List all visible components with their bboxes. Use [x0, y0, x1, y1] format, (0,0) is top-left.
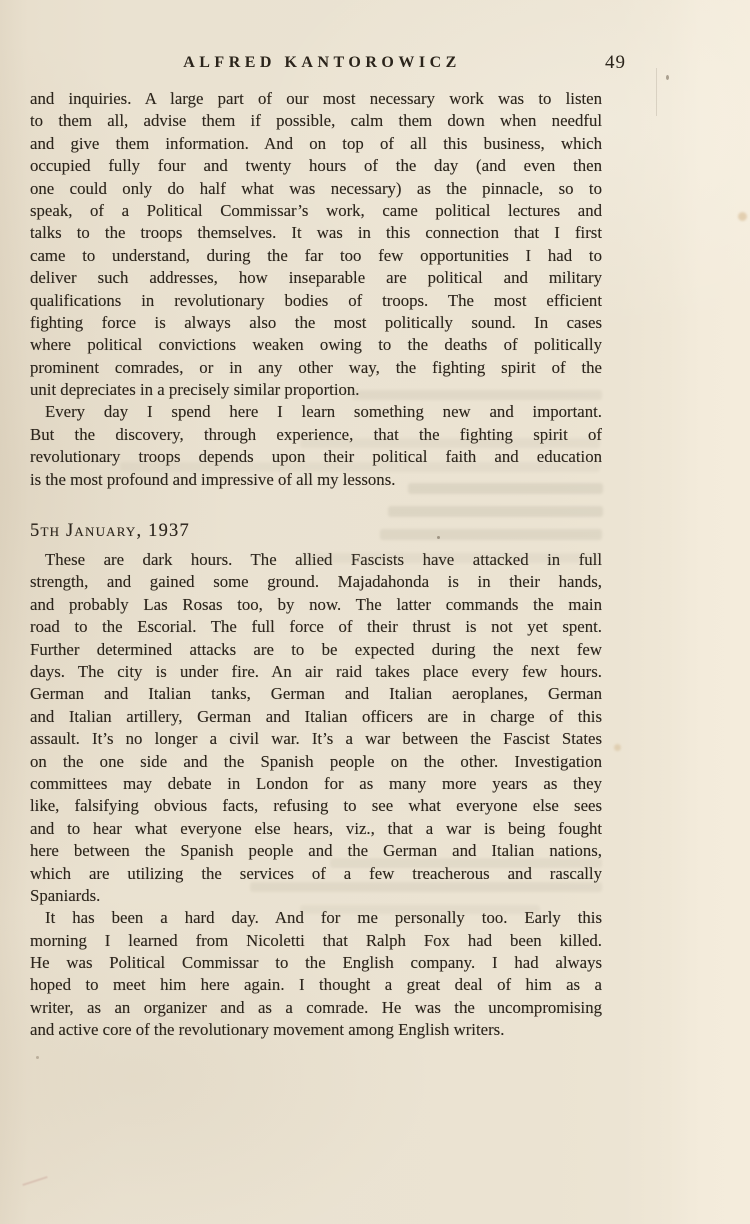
paragraph-line: revolutionary troops depends upon their … [30, 446, 602, 468]
paragraph-line: It has been a hard day. And for me perso… [30, 907, 602, 929]
paper-scratch [22, 1176, 47, 1186]
paragraph-line: assault. It’s no longer a civil war. It’… [30, 728, 602, 750]
paragraph-line: is the most profound and impressive of a… [30, 469, 602, 491]
paragraph-line: But the discovery, through experience, t… [30, 424, 602, 446]
paragraph-line: strength, and gained some ground. Majada… [30, 571, 602, 593]
paper-stain [614, 744, 621, 751]
paragraph-line: speak, of a Political Commissar’s work, … [30, 200, 602, 222]
author-name: ALFRED KANTOROWICZ [24, 54, 620, 72]
paragraph-line: prominent comrades, or in any other way,… [30, 357, 602, 379]
paragraph-line: here between the Spanish people and the … [30, 840, 602, 862]
paragraph-line: on the one side and the Spanish people o… [30, 751, 602, 773]
paragraph-line: one could only do half what was necessar… [30, 178, 602, 200]
section-heading: 5th January, 1937 [30, 519, 602, 543]
page-number: 49 [605, 52, 626, 74]
paragraph-line: Every day I spend here I learn something… [30, 401, 602, 423]
book-page-scan: ALFRED KANTOROWICZ 49 and inquiries. A l… [0, 0, 750, 1224]
paragraph-line: and inquiries. A large part of our most … [30, 88, 602, 110]
paragraph: These are dark hours. The allied Fascist… [30, 549, 602, 907]
paragraph-line: unit depreciates in a precisely similar … [30, 379, 602, 401]
paragraph-line: deliver such addresses, how inseparable … [30, 267, 602, 289]
paragraph: It has been a hard day. And for me perso… [30, 907, 602, 1041]
paragraph-line: days. The city is under fire. An air rai… [30, 661, 602, 683]
paragraph-line: These are dark hours. The allied Fascist… [30, 549, 602, 571]
paragraph-line: and active core of the revolutionary mov… [30, 1019, 602, 1041]
paragraph-line: and to hear what everyone else hears, vi… [30, 818, 602, 840]
paragraph-line: hoped to meet him here again. I thought … [30, 974, 602, 996]
paragraph-line: He was Political Commissar to the Englis… [30, 952, 602, 974]
paper-speck [666, 75, 669, 80]
paragraph-line: morning I learned from Nicoletti that Ra… [30, 930, 602, 952]
paragraph-line: German and Italian tanks, German and Ita… [30, 683, 602, 705]
paragraph-line: occupied fully four and twenty hours of … [30, 155, 602, 177]
paragraph: and inquiries. A large part of our most … [30, 88, 602, 401]
paragraph-line: Further determined attacks are to be exp… [30, 639, 602, 661]
paragraph-line: where political convictions weaken owing… [30, 334, 602, 356]
paragraph-line: committees may debate in London for as m… [30, 773, 602, 795]
paragraph-line: writer, as an organizer and as a comrade… [30, 997, 602, 1019]
paragraph-line: and probably Las Rosas too, by now. The … [30, 594, 602, 616]
paragraph: Every day I spend here I learn something… [30, 401, 602, 491]
paragraph-line: fighting force is always also the most p… [30, 312, 602, 334]
paragraph-line: came to understand, during the far too f… [30, 245, 602, 267]
paper-stain [738, 212, 747, 221]
paragraph-line: like, falsifying obvious facts, refusing… [30, 795, 602, 817]
paragraph-line: talks to the troops themselves. It was i… [30, 222, 602, 244]
paragraph-line: and give them information. And on top of… [30, 133, 602, 155]
paragraph-line: road to the Escorial. The full force of … [30, 616, 602, 638]
paragraph-line: to them all, advise them if possible, ca… [30, 110, 602, 132]
paragraph-line: Spaniards. [30, 885, 602, 907]
paragraph-line: and Italian artillery, German and Italia… [30, 706, 602, 728]
paragraph-line: qualifications in revolutionary bodies o… [30, 290, 602, 312]
body-text: and inquiries. A large part of our most … [30, 88, 602, 1042]
paragraph-line: which are utilizing the services of a fe… [30, 863, 602, 885]
running-header: ALFRED KANTOROWICZ 49 [30, 54, 626, 78]
paper-scratch [656, 68, 657, 116]
paper-speck [36, 1056, 39, 1059]
